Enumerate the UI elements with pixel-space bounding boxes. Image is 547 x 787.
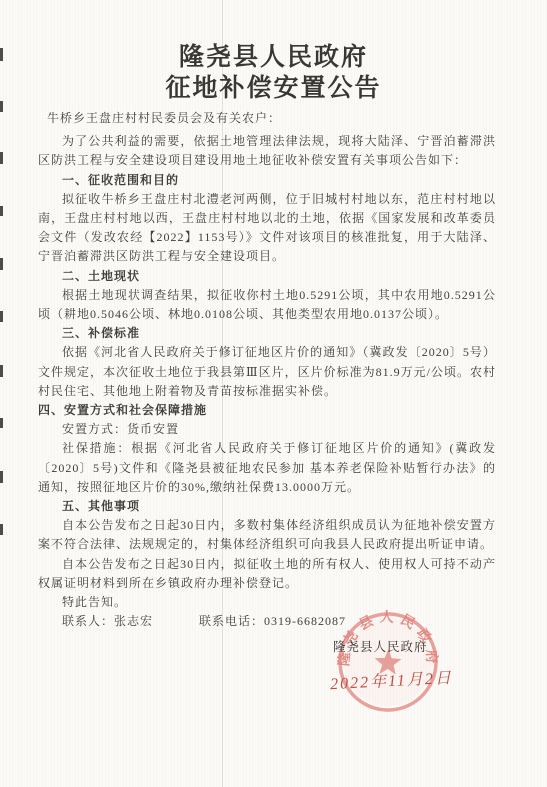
section2-heading: 二、土地现状 xyxy=(38,267,496,286)
section4-social-security-paragraph: 社保措施：根据《河北省人民政府关于修订征地区片价的通知》(冀政发〔2020〕5号… xyxy=(38,439,496,497)
section1-paragraph: 拟征收牛桥乡王盘庄村北澧老河两侧，位于旧城村村地以东，范庄村村地以南，王盘庄村村… xyxy=(38,190,496,267)
intro-paragraph: 为了公共利益的需要，依据土地管理法律法规，现将大陆泽、宁晋泊蓄滞洪区防洪工程与安… xyxy=(38,132,496,170)
scan-edge-mark xyxy=(0,524,3,535)
section5-paragraph-1: 自本公告发布之日起30日内，多数村集体经济组织成员认为征地补偿安置方案不符合法律… xyxy=(38,516,496,554)
scan-edge-mark xyxy=(0,471,3,483)
section3-paragraph: 依据《河北省人民政府关于修订征地区片价的通知》（冀政发〔2020〕5号）文件规定… xyxy=(38,343,496,401)
contact-line: 联系人：张志宏联系电话：0319-6682087 xyxy=(38,612,496,631)
document-body: 牛桥乡王盘庄村村民委员会及有关农户： 为了公共利益的需要，依据土地管理法律法规，… xyxy=(38,109,496,631)
section5-heading: 五、其他事项 xyxy=(38,497,496,516)
closing-line: 特此告知。 xyxy=(38,593,496,612)
section1-heading: 一、征收范围和目的 xyxy=(38,171,496,190)
signature-date-handwritten: 2022年11月2日 xyxy=(329,665,453,694)
scan-edge-mark xyxy=(0,365,3,377)
section2-paragraph: 根据土地现状调查结果，拟征收你村土地0.5291公顷，其中农用地0.5291公顷… xyxy=(38,286,496,324)
scanned-announcement-page: 隆尧县人民政府 征地补偿安置公告 牛桥乡王盘庄村村民委员会及有关农户： 为了公共… xyxy=(0,0,547,787)
section4-heading: 四、安置方式和社会保障措施 xyxy=(38,401,496,420)
scan-edge-mark xyxy=(0,418,3,428)
contact-phone: 联系电话：0319-6682087 xyxy=(199,614,346,628)
scan-edge-mark xyxy=(0,311,3,322)
salutation: 牛桥乡王盘庄村村民委员会及有关农户： xyxy=(38,109,496,128)
section5-paragraph-2: 自本公告发布之日起30日内，拟征收土地的所有权人、使用权人可持不动产权属证明材料… xyxy=(38,555,496,593)
title-line-1: 隆尧县人民政府 xyxy=(0,42,547,73)
scan-edge-mark xyxy=(0,258,3,270)
contact-person: 联系人：张志宏 xyxy=(62,614,153,628)
section3-heading: 三、补偿标准 xyxy=(38,324,496,343)
document-title: 隆尧县人民政府 征地补偿安置公告 xyxy=(0,42,547,104)
scan-edge-mark xyxy=(0,152,3,164)
section4-resettlement-line: 安置方式：货币安置 xyxy=(38,420,496,439)
signature-issuer: 隆尧县人民政府 xyxy=(333,637,433,655)
scan-edge-mark xyxy=(0,206,3,216)
title-line-2: 征地补偿安置公告 xyxy=(0,73,547,104)
